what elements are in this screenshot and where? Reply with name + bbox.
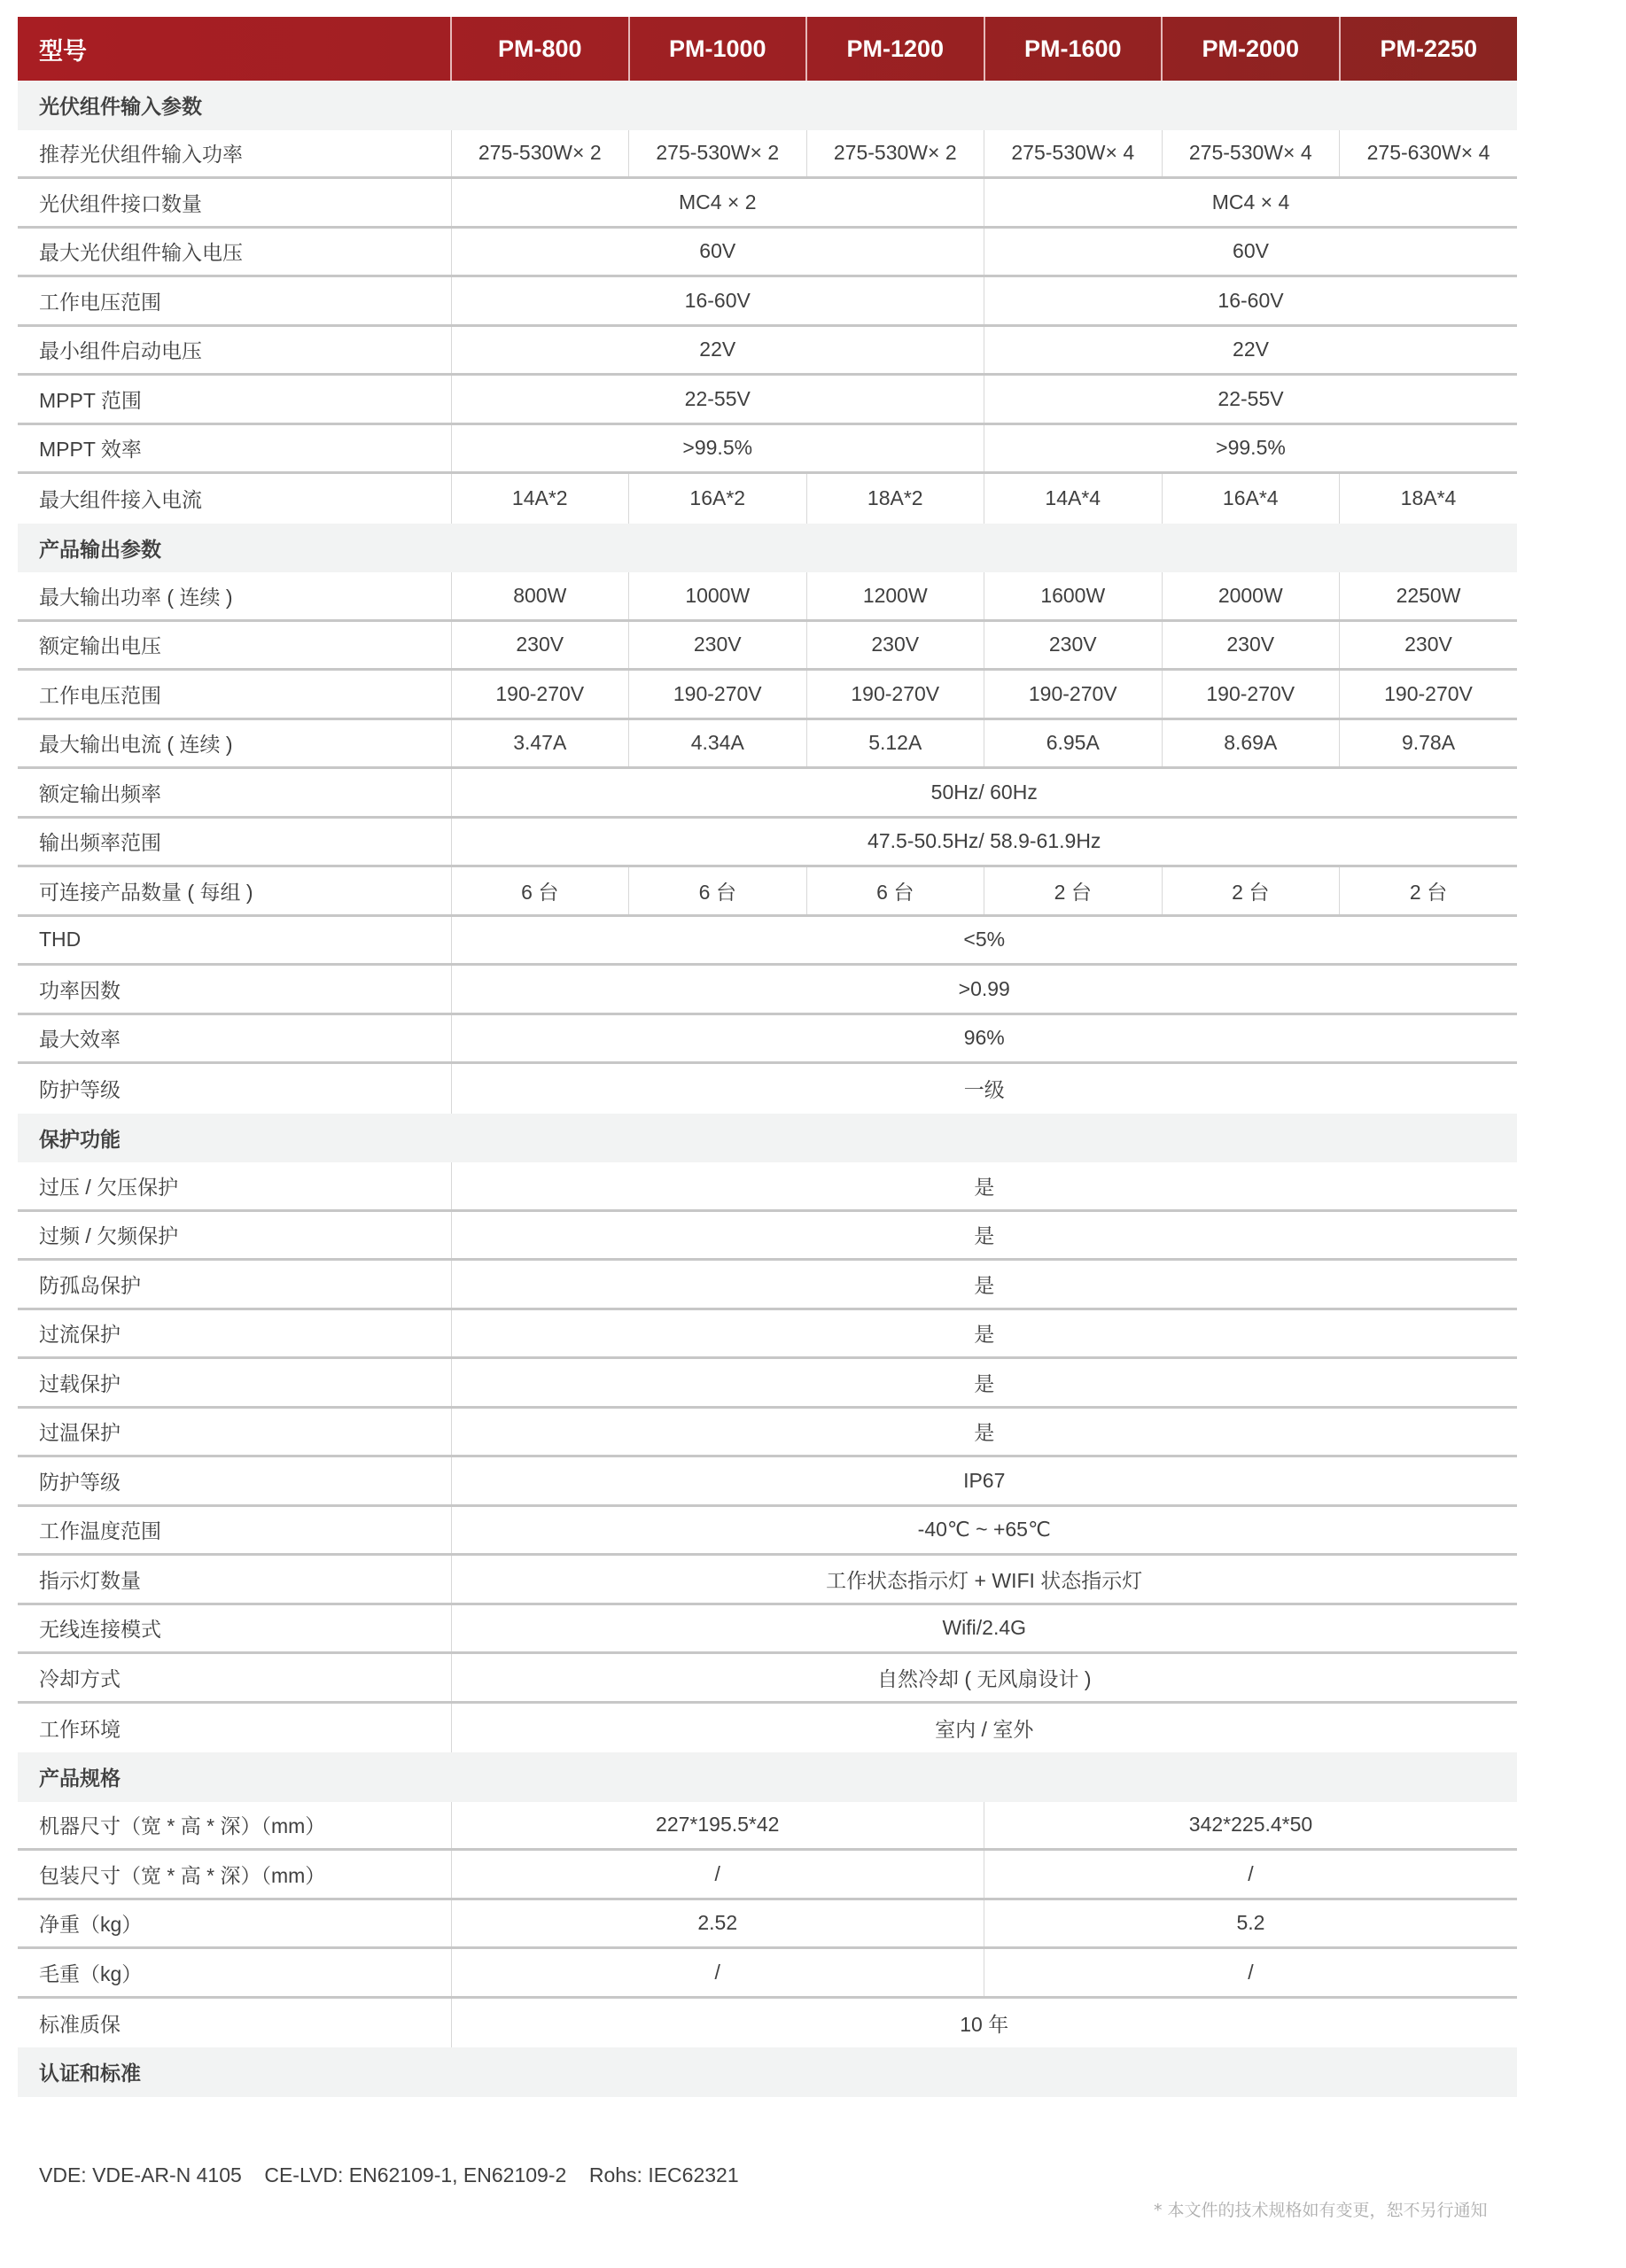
table-row: 最大光伏组件输入电压60V60V bbox=[18, 227, 1517, 276]
row-value: 一级 bbox=[451, 1063, 1517, 1114]
row-value: 190-270V bbox=[806, 670, 984, 719]
row-value: 工作状态指示灯 + WIFI 状态指示灯 bbox=[451, 1555, 1517, 1604]
row-value: / bbox=[451, 1948, 984, 1998]
table-row: 工作电压范围190-270V190-270V190-270V190-270V19… bbox=[18, 670, 1517, 719]
row-label: 冷却方式 bbox=[18, 1653, 451, 1703]
footnote: * 本文件的技术规格如有变更，恕不另行通知 bbox=[1154, 2197, 1488, 2221]
section-title: 认证和标准 bbox=[18, 2047, 1517, 2097]
row-value: 3.47A bbox=[451, 718, 629, 768]
table-row: MPPT 范围22-55V22-55V bbox=[18, 375, 1517, 424]
table-row: 过压 / 欠压保护是 bbox=[18, 1162, 1517, 1210]
row-value: 60V bbox=[984, 227, 1518, 276]
spec-table-body: 光伏组件输入参数推荐光伏组件输入功率275-530W× 2275-530W× 2… bbox=[18, 81, 1517, 2097]
row-value: 6 台 bbox=[806, 866, 984, 916]
row-label: 功率因数 bbox=[18, 965, 451, 1014]
header-row: 型号 PM-800 PM-1000 PM-1200 PM-1600 PM-200… bbox=[18, 17, 1517, 81]
row-value: 是 bbox=[451, 1358, 1517, 1408]
table-row: 额定输出电压230V230V230V230V230V230V bbox=[18, 620, 1517, 670]
row-value: IP67 bbox=[451, 1456, 1517, 1506]
row-value: 227*195.5*42 bbox=[451, 1802, 984, 1850]
row-value: 2 台 bbox=[1162, 866, 1340, 916]
row-label: 防护等级 bbox=[18, 1456, 451, 1506]
row-value: 800W bbox=[451, 572, 629, 620]
row-value: 16A*4 bbox=[1162, 473, 1340, 524]
table-row: 工作温度范围-40℃ ~ +65℃ bbox=[18, 1505, 1517, 1555]
row-label: 推荐光伏组件输入功率 bbox=[18, 130, 451, 178]
table-row: 工作环境室内 / 室外 bbox=[18, 1702, 1517, 1752]
row-value: 6 台 bbox=[629, 866, 807, 916]
row-value: 是 bbox=[451, 1407, 1517, 1456]
row-label: 过载保护 bbox=[18, 1358, 451, 1408]
row-value: 8.69A bbox=[1162, 718, 1340, 768]
table-row: 标准质保10 年 bbox=[18, 1997, 1517, 2047]
row-value: 是 bbox=[451, 1260, 1517, 1309]
table-row: 防孤岛保护是 bbox=[18, 1260, 1517, 1309]
section-row: 认证和标准 bbox=[18, 2047, 1517, 2097]
row-label: 防孤岛保护 bbox=[18, 1260, 451, 1309]
row-value: 是 bbox=[451, 1210, 1517, 1260]
section-row: 保护功能 bbox=[18, 1114, 1517, 1163]
row-value: 16-60V bbox=[451, 276, 984, 326]
row-value: 230V bbox=[1162, 620, 1340, 670]
row-label: 光伏组件接口数量 bbox=[18, 178, 451, 228]
row-value: 230V bbox=[629, 620, 807, 670]
row-value: >0.99 bbox=[451, 965, 1517, 1014]
row-value: 是 bbox=[451, 1162, 1517, 1210]
row-value: 2 台 bbox=[1340, 866, 1518, 916]
row-value: 自然冷却 ( 无风扇设计 ) bbox=[451, 1653, 1517, 1703]
row-value: MC4 × 2 bbox=[451, 178, 984, 228]
row-label: 最小组件启动电压 bbox=[18, 325, 451, 375]
row-value: <5% bbox=[451, 915, 1517, 965]
row-label: 额定输出电压 bbox=[18, 620, 451, 670]
row-label: MPPT 范围 bbox=[18, 375, 451, 424]
table-row: 输出频率范围47.5-50.5Hz/ 58.9-61.9Hz bbox=[18, 817, 1517, 866]
row-label: 最大组件接入电流 bbox=[18, 473, 451, 524]
row-label: 工作电压范围 bbox=[18, 670, 451, 719]
table-row: 可连接产品数量 ( 每组 )6 台6 台6 台2 台2 台2 台 bbox=[18, 866, 1517, 916]
row-value: 14A*4 bbox=[984, 473, 1163, 524]
row-label: 过频 / 欠频保护 bbox=[18, 1210, 451, 1260]
section-title: 产品输出参数 bbox=[18, 524, 1517, 573]
row-label: THD bbox=[18, 915, 451, 965]
certification-text: VDE: VDE-AR-N 4105 CE-LVD: EN62109-1, EN… bbox=[39, 2163, 739, 2187]
row-value: 14A*2 bbox=[451, 473, 629, 524]
table-row: MPPT 效率>99.5%>99.5% bbox=[18, 423, 1517, 473]
row-value: 22-55V bbox=[451, 375, 984, 424]
row-value: 230V bbox=[984, 620, 1163, 670]
row-value: 是 bbox=[451, 1309, 1517, 1358]
row-label: 最大输出功率 ( 连续 ) bbox=[18, 572, 451, 620]
row-label: 过压 / 欠压保护 bbox=[18, 1162, 451, 1210]
section-row: 光伏组件输入参数 bbox=[18, 81, 1517, 130]
row-value: 22V bbox=[451, 325, 984, 375]
row-label: 工作电压范围 bbox=[18, 276, 451, 326]
row-value: 2000W bbox=[1162, 572, 1340, 620]
row-label: 工作温度范围 bbox=[18, 1505, 451, 1555]
table-row: 最大效率96% bbox=[18, 1014, 1517, 1063]
row-value: 230V bbox=[451, 620, 629, 670]
table-row: 毛重（kg）// bbox=[18, 1948, 1517, 1998]
header-model-5: PM-2000 bbox=[1162, 17, 1340, 81]
row-value: 96% bbox=[451, 1014, 1517, 1063]
row-value: 50Hz/ 60Hz bbox=[451, 768, 1517, 818]
row-label: 输出频率范围 bbox=[18, 817, 451, 866]
table-row: 过频 / 欠频保护是 bbox=[18, 1210, 1517, 1260]
row-value: MC4 × 4 bbox=[984, 178, 1518, 228]
row-label: 可连接产品数量 ( 每组 ) bbox=[18, 866, 451, 916]
table-row: 冷却方式自然冷却 ( 无风扇设计 ) bbox=[18, 1653, 1517, 1703]
row-value: 275-530W× 4 bbox=[1162, 130, 1340, 178]
row-value: Wifi/2.4G bbox=[451, 1604, 1517, 1653]
table-row: 最大输出电流 ( 连续 )3.47A4.34A5.12A6.95A8.69A9.… bbox=[18, 718, 1517, 768]
row-label: 标准质保 bbox=[18, 1997, 451, 2047]
row-label: 最大光伏组件输入电压 bbox=[18, 227, 451, 276]
row-value: 190-270V bbox=[984, 670, 1163, 719]
row-label: 最大输出电流 ( 连续 ) bbox=[18, 718, 451, 768]
table-row: 机器尺寸（宽 * 高 * 深）（mm）227*195.5*42342*225.4… bbox=[18, 1802, 1517, 1850]
row-value: >99.5% bbox=[451, 423, 984, 473]
row-value: 342*225.4*50 bbox=[984, 1802, 1518, 1850]
table-row: 光伏组件接口数量MC4 × 2MC4 × 4 bbox=[18, 178, 1517, 228]
header-model-label: 型号 bbox=[18, 17, 451, 81]
table-row: 指示灯数量工作状态指示灯 + WIFI 状态指示灯 bbox=[18, 1555, 1517, 1604]
row-value: 2250W bbox=[1340, 572, 1518, 620]
row-label: 最大效率 bbox=[18, 1014, 451, 1063]
section-row: 产品输出参数 bbox=[18, 524, 1517, 573]
table-row: 额定输出频率50Hz/ 60Hz bbox=[18, 768, 1517, 818]
row-label: 过流保护 bbox=[18, 1309, 451, 1358]
table-row: THD<5% bbox=[18, 915, 1517, 965]
row-value: / bbox=[984, 1850, 1518, 1899]
row-value: 47.5-50.5Hz/ 58.9-61.9Hz bbox=[451, 817, 1517, 866]
table-row: 功率因数>0.99 bbox=[18, 965, 1517, 1014]
row-value: 230V bbox=[806, 620, 984, 670]
row-value: -40℃ ~ +65℃ bbox=[451, 1505, 1517, 1555]
row-value: 2.52 bbox=[451, 1899, 984, 1948]
row-value: 1000W bbox=[629, 572, 807, 620]
row-value: 1200W bbox=[806, 572, 984, 620]
row-value: 18A*2 bbox=[806, 473, 984, 524]
row-value: 60V bbox=[451, 227, 984, 276]
row-label: 指示灯数量 bbox=[18, 1555, 451, 1604]
table-row: 推荐光伏组件输入功率275-530W× 2275-530W× 2275-530W… bbox=[18, 130, 1517, 178]
row-label: 过温保护 bbox=[18, 1407, 451, 1456]
row-value: 190-270V bbox=[629, 670, 807, 719]
header-model-3: PM-1200 bbox=[806, 17, 984, 81]
row-label: 净重（kg） bbox=[18, 1899, 451, 1948]
row-label: 防护等级 bbox=[18, 1063, 451, 1114]
row-label: 机器尺寸（宽 * 高 * 深）（mm） bbox=[18, 1802, 451, 1850]
table-row: 工作电压范围16-60V16-60V bbox=[18, 276, 1517, 326]
table-row: 最大组件接入电流14A*216A*218A*214A*416A*418A*4 bbox=[18, 473, 1517, 524]
header-model-1: PM-800 bbox=[451, 17, 629, 81]
row-value: >99.5% bbox=[984, 423, 1518, 473]
row-value: 1600W bbox=[984, 572, 1163, 620]
row-value: 22-55V bbox=[984, 375, 1518, 424]
table-row: 过流保护是 bbox=[18, 1309, 1517, 1358]
section-title: 产品规格 bbox=[18, 1752, 1517, 1802]
row-value: 6.95A bbox=[984, 718, 1163, 768]
row-label: 毛重（kg） bbox=[18, 1948, 451, 1998]
row-value: / bbox=[984, 1948, 1518, 1998]
row-value: 275-530W× 2 bbox=[451, 130, 629, 178]
row-value: 230V bbox=[1340, 620, 1518, 670]
row-value: 16-60V bbox=[984, 276, 1518, 326]
table-row: 净重（kg）2.525.2 bbox=[18, 1899, 1517, 1948]
row-value: 275-530W× 4 bbox=[984, 130, 1163, 178]
row-value: 190-270V bbox=[1340, 670, 1518, 719]
section-title: 光伏组件输入参数 bbox=[18, 81, 1517, 130]
section-row: 产品规格 bbox=[18, 1752, 1517, 1802]
row-value: 18A*4 bbox=[1340, 473, 1518, 524]
row-label: 额定输出频率 bbox=[18, 768, 451, 818]
row-value: 2 台 bbox=[984, 866, 1163, 916]
section-title: 保护功能 bbox=[18, 1114, 1517, 1163]
row-value: 9.78A bbox=[1340, 718, 1518, 768]
header-model-4: PM-1600 bbox=[984, 17, 1163, 81]
header-model-2: PM-1000 bbox=[629, 17, 807, 81]
row-value: 275-530W× 2 bbox=[806, 130, 984, 178]
row-value: 5.12A bbox=[806, 718, 984, 768]
table-row: 包装尺寸（宽 * 高 * 深）（mm）// bbox=[18, 1850, 1517, 1899]
row-value: 5.2 bbox=[984, 1899, 1518, 1948]
row-value: 16A*2 bbox=[629, 473, 807, 524]
row-value: 190-270V bbox=[451, 670, 629, 719]
row-label: 无线连接模式 bbox=[18, 1604, 451, 1653]
header-model-6: PM-2250 bbox=[1340, 17, 1518, 81]
row-value: / bbox=[451, 1850, 984, 1899]
table-row: 过载保护是 bbox=[18, 1358, 1517, 1408]
row-label: 工作环境 bbox=[18, 1702, 451, 1752]
table-row: 过温保护是 bbox=[18, 1407, 1517, 1456]
row-label: MPPT 效率 bbox=[18, 423, 451, 473]
row-value: 190-270V bbox=[1162, 670, 1340, 719]
row-value: 22V bbox=[984, 325, 1518, 375]
spec-table: 型号 PM-800 PM-1000 PM-1200 PM-1600 PM-200… bbox=[18, 17, 1517, 2097]
row-value: 6 台 bbox=[451, 866, 629, 916]
row-label: 包装尺寸（宽 * 高 * 深）（mm） bbox=[18, 1850, 451, 1899]
row-value: 275-630W× 4 bbox=[1340, 130, 1518, 178]
table-row: 最大输出功率 ( 连续 )800W1000W1200W1600W2000W225… bbox=[18, 572, 1517, 620]
table-row: 防护等级一级 bbox=[18, 1063, 1517, 1114]
table-row: 最小组件启动电压22V22V bbox=[18, 325, 1517, 375]
row-value: 10 年 bbox=[451, 1997, 1517, 2047]
row-value: 室内 / 室外 bbox=[451, 1702, 1517, 1752]
row-value: 275-530W× 2 bbox=[629, 130, 807, 178]
table-row: 防护等级IP67 bbox=[18, 1456, 1517, 1506]
row-value: 4.34A bbox=[629, 718, 807, 768]
table-row: 无线连接模式Wifi/2.4G bbox=[18, 1604, 1517, 1653]
